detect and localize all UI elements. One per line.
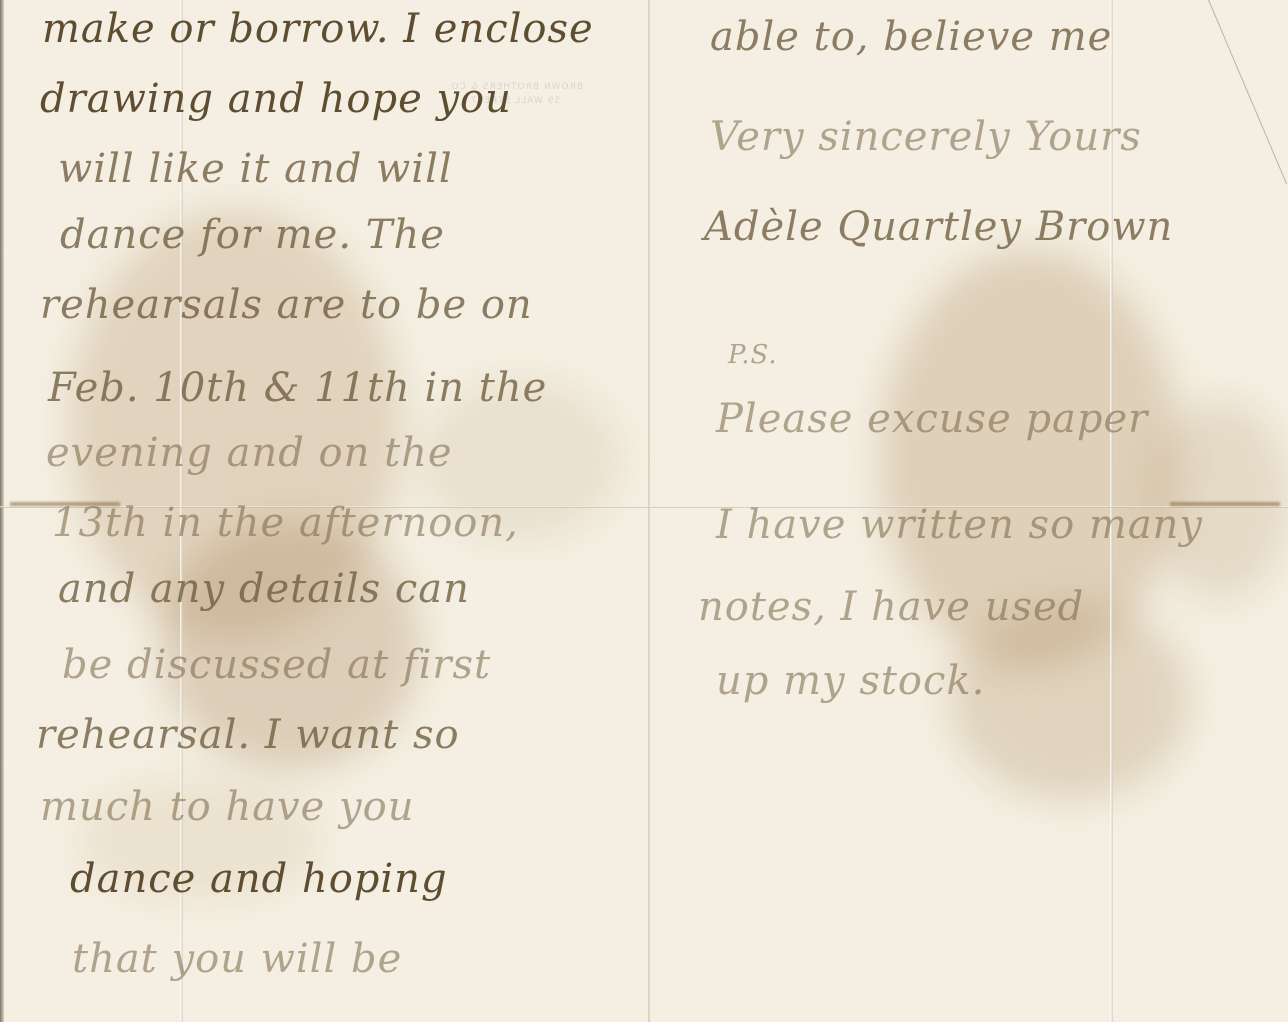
scan-edge [0, 0, 4, 1022]
text-line: drawing and hope you [40, 76, 512, 122]
signature: Adèle Quartley Brown [704, 204, 1173, 250]
text-line: evening and on the [46, 430, 453, 476]
closing-line: able to, believe me [710, 14, 1112, 60]
closing-line: Very sincerely Yours [710, 114, 1142, 160]
postscript-line: Please excuse paper [716, 396, 1148, 442]
center-fold-line [648, 0, 650, 1022]
postscript-line: up my stock. [716, 658, 985, 704]
text-line: and any details can [58, 566, 470, 612]
text-line: be discussed at first [62, 642, 491, 688]
text-line: dance and hoping [70, 856, 448, 902]
text-line: make or borrow. I enclose [42, 6, 594, 52]
text-line: rehearsal. I want so [36, 712, 460, 758]
text-line: rehearsals are to be on [40, 282, 533, 328]
water-stain [950, 600, 1190, 800]
text-line: much to have you [40, 784, 414, 830]
postscript-line: I have written so many [716, 502, 1203, 548]
text-line: that you will be [72, 936, 402, 982]
letter-sheet: BROWN BROTHERS & CO. 59 WALL STREET make… [0, 0, 1288, 1022]
water-stain [1150, 400, 1288, 600]
corner-crease [1208, 0, 1287, 184]
postscript-label: P.S. [728, 340, 778, 370]
text-line: 13th in the afternoon, [52, 500, 519, 546]
text-line: dance for me. The [60, 212, 445, 258]
text-line: Feb. 10th & 11th in the [48, 365, 547, 411]
text-line: will like it and will [58, 146, 453, 192]
postscript-line: notes, I have used [698, 584, 1084, 630]
